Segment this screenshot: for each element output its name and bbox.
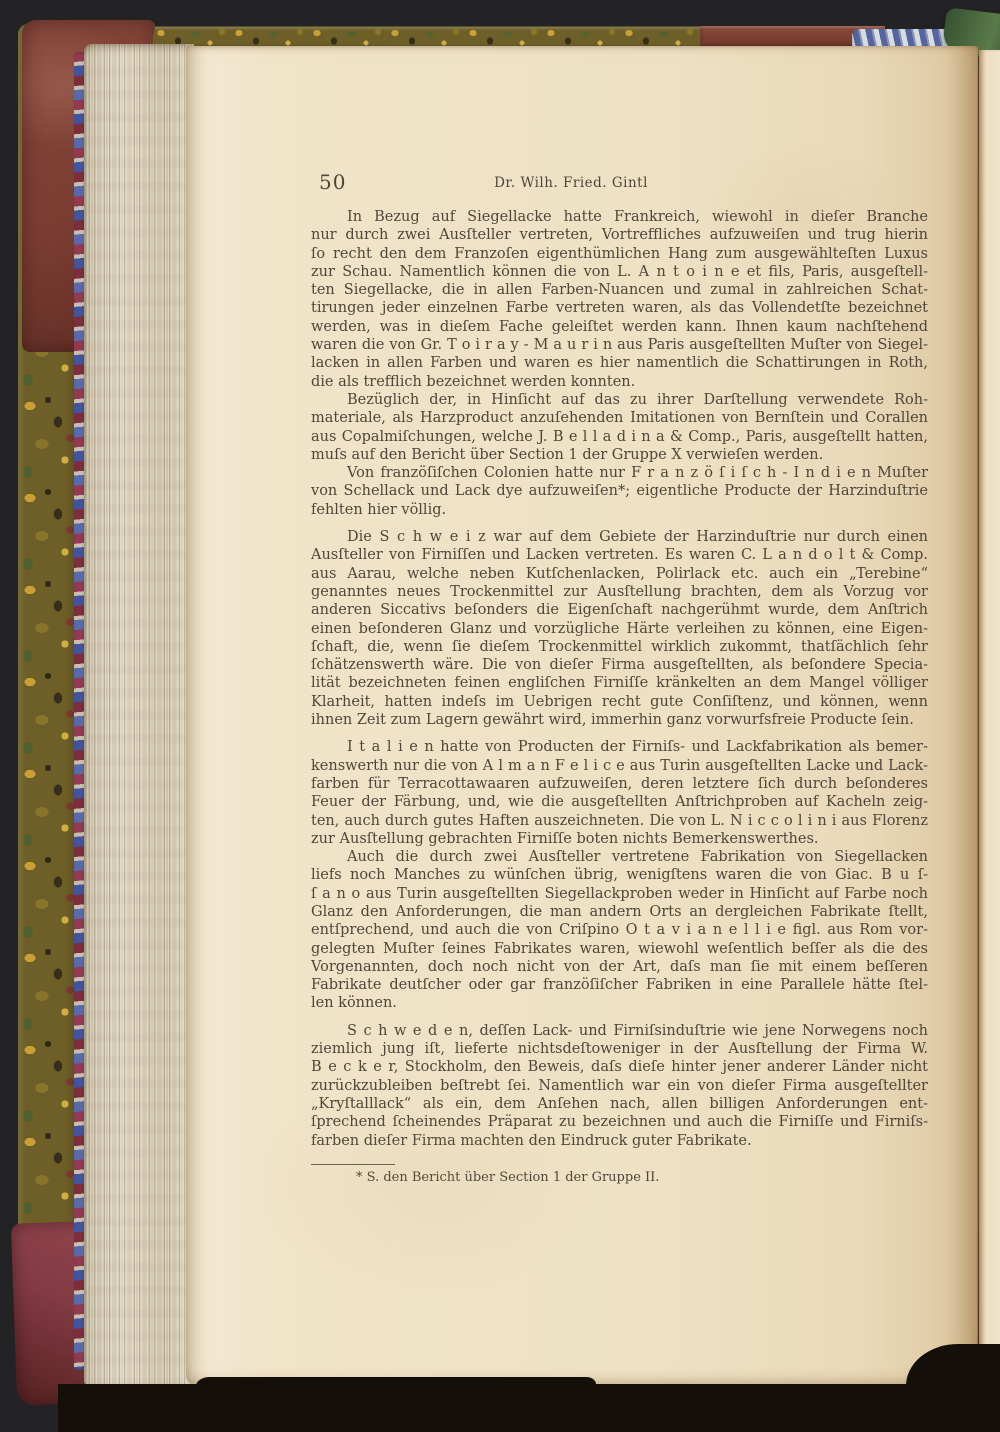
text-line: Klarheit, hatten indeſs im Uebrigen rech… (311, 693, 928, 711)
printed-text-block: 50 Dr. Wilh. Fried. Gintl In Bezug auf S… (311, 170, 928, 1185)
text-line: len können. (311, 994, 928, 1012)
text-line: die als trefflich bezeichnet werden konn… (311, 373, 928, 391)
text-line: tirungen jeder einzelnen Farbe vertreten… (311, 299, 928, 317)
paragraph: Auch die durch zwei Ausſteller vertreten… (311, 848, 928, 1013)
paragraph: S c h w e d e n, deſſen Lack- und Firniſ… (311, 1022, 928, 1150)
text-line: nur durch zwei Ausſteller vertreten, Vor… (311, 226, 928, 244)
text-line: In Bezug auf Siegellacke hatte Frankreic… (311, 208, 928, 226)
text-line: ſchätzenswerth wäre. Die von dieſer Firm… (311, 656, 928, 674)
text-line: zur Ausſtellung gebrachten Firniſſe bote… (311, 830, 928, 848)
bottom-shadow-band (58, 1384, 1000, 1432)
text-line: zurückzubleiben beſtrebt ſei. Namentlich… (311, 1077, 928, 1095)
text-line: gelegten Muſter ſeines Fabrikates waren,… (311, 940, 928, 958)
text-line: Fabrikate deutſcher oder gar franzöſiſch… (311, 976, 928, 994)
text-line: aus Copalmiſchungen, welche J. B e l l a… (311, 428, 928, 446)
text-line: „Kryſtalllack“ als ein, dem Anſehen nach… (311, 1095, 928, 1113)
scanned-book-photo: 50 Dr. Wilh. Fried. Gintl In Bezug auf S… (0, 0, 1000, 1432)
footnote-rule (311, 1164, 395, 1165)
text-line: Glanz den Anforderungen, die man andern … (311, 903, 928, 921)
text-line: farben für Terracottawaaren aufzuweiſen,… (311, 775, 928, 793)
text-line: Von franzöſiſchen Colonien hatte nur F r… (311, 464, 928, 482)
paragraph: I t a l i e n hatte von Producten der Fi… (311, 738, 928, 848)
text-line: I t a l i e n hatte von Producten der Fi… (311, 738, 928, 756)
body-text: In Bezug auf Siegellacke hatte Frankreic… (311, 170, 928, 1150)
text-line: von Schellack und Lack dye aufzuweiſen*;… (311, 482, 928, 500)
text-line: ten Siegellacke, die in allen Farben-Nua… (311, 281, 928, 299)
text-line: ſprechend ſcheinendes Präparat zu bezeic… (311, 1113, 928, 1131)
text-line: ihnen Zeit zum Lagern gewährt wird, imme… (311, 711, 928, 729)
text-line: zur Schau. Namentlich können die von L. … (311, 263, 928, 281)
text-line: lacken in allen Farben und waren es hier… (311, 354, 928, 372)
text-line: Vorgenannten, doch noch nicht von der Ar… (311, 958, 928, 976)
paragraph: Die S c h w e i z war auf dem Gebiete de… (311, 528, 928, 729)
text-line: B e c k e r, Stockholm, den Beweis, daſs… (311, 1058, 928, 1076)
text-line: Bezüglich der, in Hinſicht auf das zu ih… (311, 391, 928, 409)
page-block-fore-edges (84, 44, 194, 1385)
text-line: entſprechend, und auch die von Criſpino … (311, 921, 928, 939)
text-line: Auch die durch zwei Ausſteller vertreten… (311, 848, 928, 866)
text-line: genanntes neues Trockenmittel zur Ausſte… (311, 583, 928, 601)
text-line: einen beſonderen Glanz und vorzügliche H… (311, 620, 928, 638)
text-line: anderen Siccativs beſonders die Eigenſch… (311, 601, 928, 619)
text-line: S c h w e d e n, deſſen Lack- und Firniſ… (311, 1022, 928, 1040)
page-number: 50 (319, 170, 346, 194)
text-line: muſs auf den Bericht über Section 1 der … (311, 446, 928, 464)
text-line: ſ a n o aus Turin ausgeſtellten Siegella… (311, 885, 928, 903)
text-line: aus Aarau, welche neben Kutſchenlacken, … (311, 565, 928, 583)
text-line: farben dieſer Firma machten den Eindruck… (311, 1132, 928, 1150)
text-line: waren die von Gr. T o i r a y - M a u r … (311, 336, 928, 354)
running-header: Dr. Wilh. Fried. Gintl (461, 175, 681, 191)
text-line: Feuer der Färbung, und, wie die ausgeſte… (311, 793, 928, 811)
text-line: werden, was in dieſem Fache geleiſtet we… (311, 318, 928, 336)
text-line: ten, auch durch gutes Haften auszeichnet… (311, 812, 928, 830)
footnote: * S. den Bericht über Section 1 der Grup… (311, 1170, 928, 1185)
facing-page-sliver (979, 50, 1000, 1362)
paragraph: Von franzöſiſchen Colonien hatte nur F r… (311, 464, 928, 519)
text-line: Ausſteller von Firniſſen und Lacken vert… (311, 546, 928, 564)
text-line: fehlten hier völlig. (311, 501, 928, 519)
text-line: ſo recht den dem Franzoſen eigenthümlich… (311, 245, 928, 263)
text-line: materiale, als Harzproduct anzuſehenden … (311, 409, 928, 427)
book-page: 50 Dr. Wilh. Fried. Gintl In Bezug auf S… (186, 46, 978, 1385)
paragraph: In Bezug auf Siegellacke hatte Frankreic… (311, 208, 928, 391)
text-line: Die S c h w e i z war auf dem Gebiete de… (311, 528, 928, 546)
text-line: kenswerth nur die von A l m a n F e l i … (311, 757, 928, 775)
text-line: ſchaft, die, wenn ſie dieſem Trockenmitt… (311, 638, 928, 656)
text-line: liefs noch Manches zu wünſchen übrig, we… (311, 866, 928, 884)
text-line: ziemlich jung iſt, lieferte nichtsdeſtow… (311, 1040, 928, 1058)
text-line: lität bezeichneten feinen engliſchen Fir… (311, 674, 928, 692)
paragraph: Bezüglich der, in Hinſicht auf das zu ih… (311, 391, 928, 464)
